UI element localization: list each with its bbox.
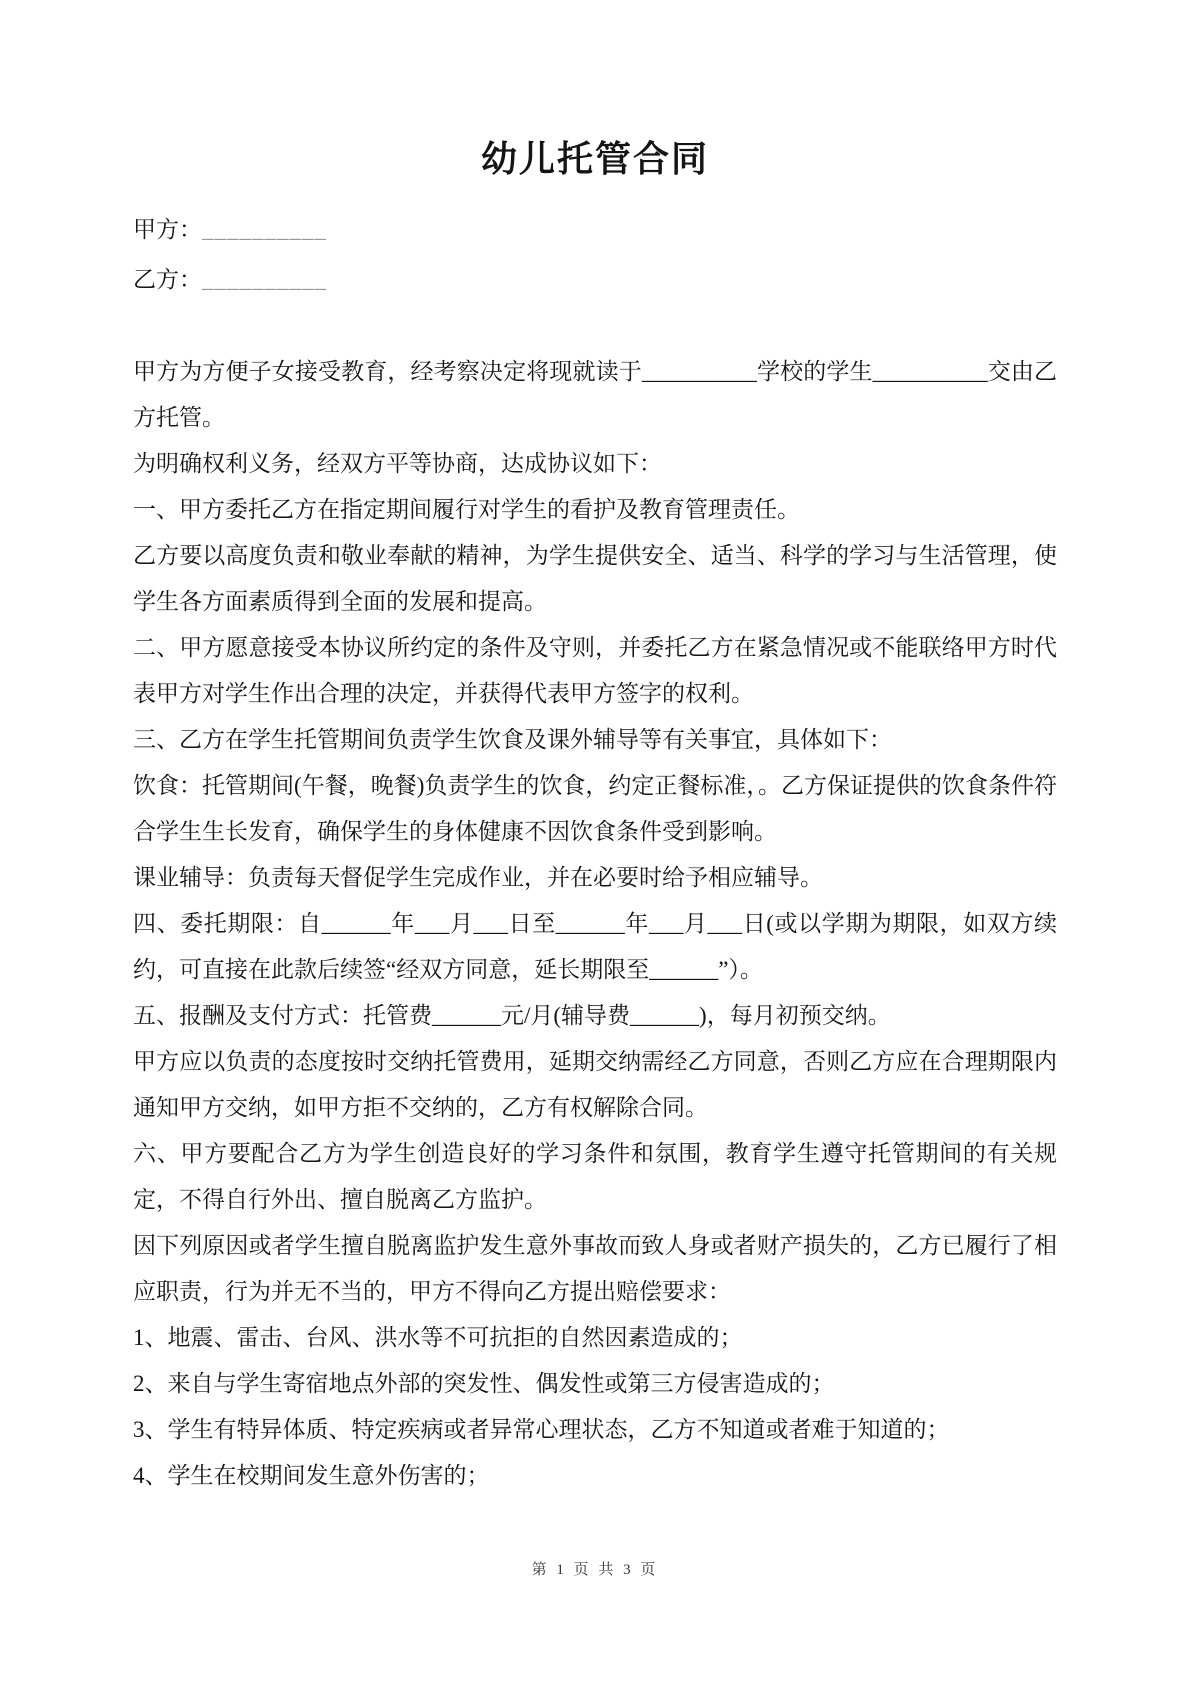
contract-paragraph: 六、甲方要配合乙方为学生创造良好的学习条件和氛围，教育学生遵守托管期间的有关规定… [133,1131,1057,1223]
contract-paragraph: 3、学生有特异体质、特定疾病或者异常心理状态，乙方不知道或者难于知道的； [133,1407,1057,1453]
contract-paragraph: 乙方要以高度负责和敬业奉献的精神，为学生提供安全、适当、科学的学习与生活管理，使… [133,533,1057,625]
contract-paragraph: 二、甲方愿意接受本协议所约定的条件及守则，并委托乙方在紧急情况或不能联络甲方时代… [133,625,1057,717]
page-number-indicator: 第 1 页 共 3 页 [0,1558,1190,1579]
contract-paragraph: 因下列原因或者学生擅自脱离监护发生意外事故而致人身或者财产损失的，乙方已履行了相… [133,1223,1057,1315]
party-a-blank-field: __________ [202,217,327,242]
document-page: 幼儿托管合同 甲方：__________ 乙方：__________ 甲方为方便… [0,0,1190,1683]
contract-paragraph: 4、学生在校期间发生意外伤害的； [133,1453,1057,1499]
contract-paragraph: 课业辅导：负责每天督促学生完成作业，并在必要时给予相应辅导。 [133,855,1057,901]
contract-paragraph: 甲方应以负责的态度按时交纳托管费用，延期交纳需经乙方同意，否则乙方应在合理期限内… [133,1039,1057,1131]
contract-body: 甲方为方便子女接受教育，经考察决定将现就读于__________学校的学生___… [133,349,1057,1499]
party-b-line: 乙方：__________ [133,255,1057,305]
party-a-label: 甲方： [133,217,202,242]
contract-paragraph: 饮食：托管期间(午餐，晚餐)负责学生的饮食，约定正餐标准，。乙方保证提供的饮食条… [133,763,1057,855]
page-title: 幼儿托管合同 [133,138,1057,181]
contract-paragraph: 四、委托期限：自______年___月___日至______年___月___日(… [133,901,1057,993]
contract-paragraph: 为明确权利义务，经双方平等协商，达成协议如下： [133,441,1057,487]
party-b-blank-field: __________ [202,267,327,292]
contract-paragraph: 甲方为方便子女接受教育，经考察决定将现就读于__________学校的学生___… [133,349,1057,441]
parties-block: 甲方：__________ 乙方：__________ [133,205,1057,305]
contract-paragraph: 一、甲方委托乙方在指定期间履行对学生的看护及教育管理责任。 [133,487,1057,533]
party-b-label: 乙方： [133,267,202,292]
contract-paragraph: 2、来自与学生寄宿地点外部的突发性、偶发性或第三方侵害造成的； [133,1361,1057,1407]
party-a-line: 甲方：__________ [133,205,1057,255]
contract-paragraph: 五、报酬及支付方式：托管费______元/月(辅导费______)，每月初预交纳… [133,993,1057,1039]
contract-paragraph: 三、乙方在学生托管期间负责学生饮食及课外辅导等有关事宜，具体如下： [133,717,1057,763]
contract-paragraph: 1、地震、雷击、台风、洪水等不可抗拒的自然因素造成的； [133,1315,1057,1361]
